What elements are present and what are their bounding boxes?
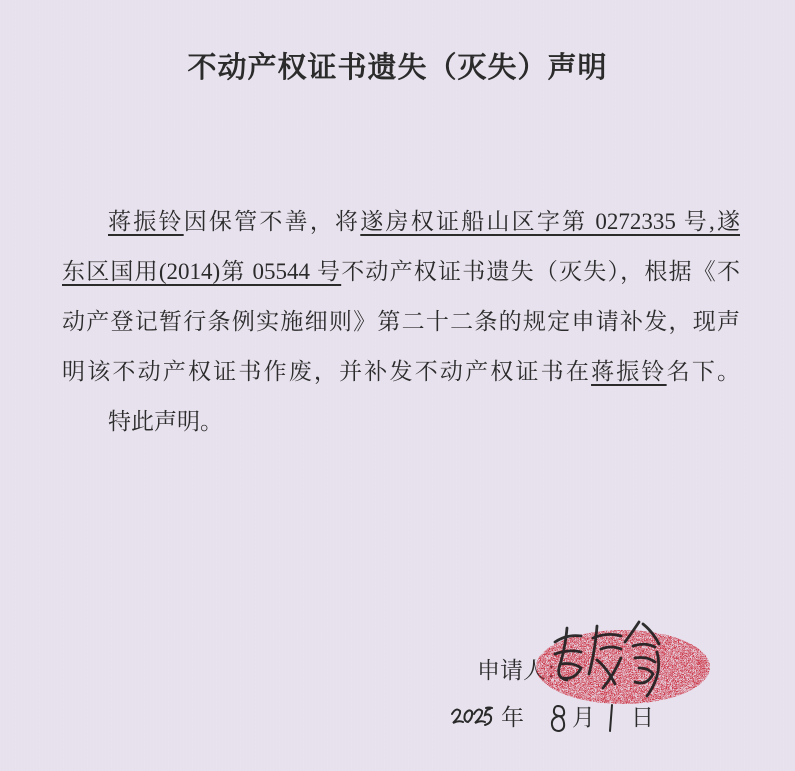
text-segment: 名下。 xyxy=(667,359,740,384)
body-line: 动产登记暂行条例实施细则》第二十二条的规定申请补发，现声 xyxy=(62,297,740,347)
handwritten-month xyxy=(548,702,568,734)
text-segment: 特此声明。 xyxy=(108,409,223,434)
underlined-text-segment: 蒋振铃 xyxy=(108,209,184,234)
document-title: 不动产权证书遗失（灭失）声明 xyxy=(0,48,795,88)
date-row: 年 月 日 xyxy=(449,698,654,738)
underlined-text-segment: 遂房权证船山区字第 0272335 号,遂 xyxy=(360,209,740,234)
body-line: 蒋振铃因保管不善，将遂房权证船山区字第 0272335 号,遂 xyxy=(62,197,740,247)
text-segment: 明该不动产权证书作废，并补发不动产权证书在 xyxy=(62,359,591,384)
handwritten-signature xyxy=(549,616,664,701)
text-segment: 动产登记暂行条例实施细则》第二十二条的规定申请补发，现声 xyxy=(62,309,740,334)
scanned-declaration-page: 不动产权证书遗失（灭失）声明 蒋振铃因保管不善，将遂房权证船山区字第 02723… xyxy=(0,0,795,771)
underlined-text-segment: 蒋振铃 xyxy=(591,359,667,384)
text-segment: 不动产权证书遗失（灭失），根据《不 xyxy=(341,259,740,284)
day-suffix: 日 xyxy=(631,698,654,738)
text-segment: 因保管不善，将 xyxy=(184,209,361,234)
body-line: 特此声明。 xyxy=(62,397,740,447)
body-line: 明该不动产权证书作废，并补发不动产权证书在蒋振铃名下。 xyxy=(62,347,740,397)
declaration-body: 蒋振铃因保管不善，将遂房权证船山区字第 0272335 号,遂东区国用(2014… xyxy=(62,197,740,447)
handwritten-year xyxy=(449,704,493,732)
body-line: 东区国用(2014)第 05544 号不动产权证书遗失（灭失），根据《不 xyxy=(62,247,740,297)
year-suffix: 年 xyxy=(501,698,524,738)
underlined-text-segment: 东区国用(2014)第 05544 号 xyxy=(62,259,341,284)
month-suffix: 月 xyxy=(572,698,595,738)
handwritten-day xyxy=(607,702,615,734)
